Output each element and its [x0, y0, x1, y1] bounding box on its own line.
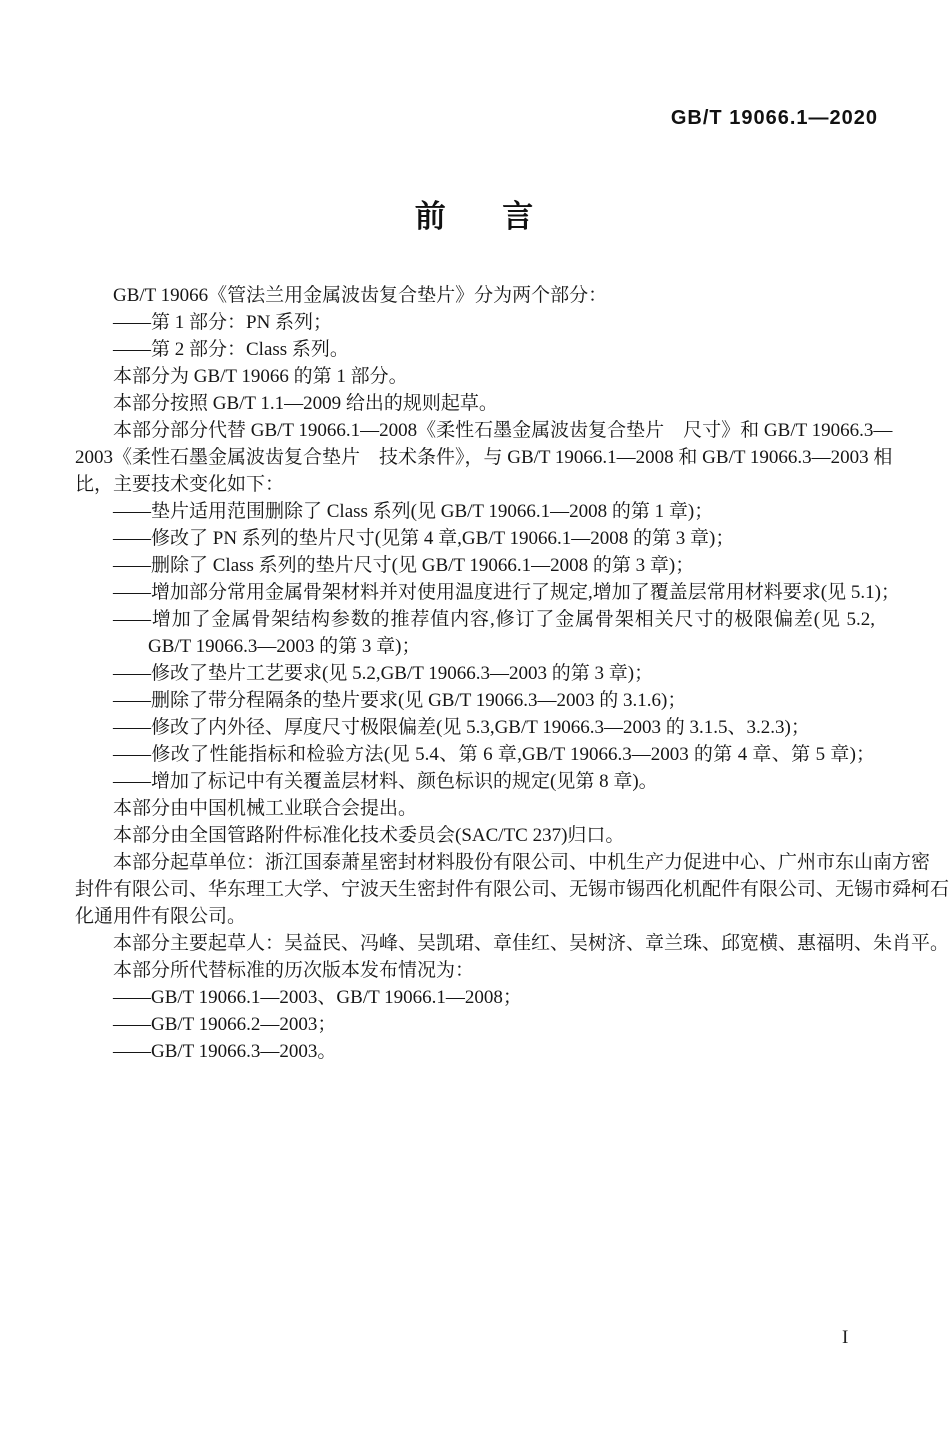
- document-page: GB/T 19066.1—2020 前 言 GB/T 19066《管法兰用金属波…: [0, 0, 950, 1454]
- foreword-line: ——垫片适用范围删除了 Class 系列(见 GB/T 19066.1—2008…: [75, 498, 875, 525]
- foreword-line: 本部分按照 GB/T 1.1—2009 给出的规则起草。: [75, 390, 875, 417]
- foreword-body: GB/T 19066《管法兰用金属波齿复合垫片》分为两个部分： ——第 1 部分…: [75, 282, 875, 1065]
- foreword-line: 本部分主要起草人：吴益民、冯峰、吴凯珺、章佳红、吴树济、章兰珠、邱宽横、惠福明、…: [75, 930, 875, 957]
- foreword-line: 本部分所代替标准的历次版本发布情况为：: [75, 957, 875, 984]
- foreword-line: ——修改了内外径、厚度尺寸极限偏差(见 5.3,GB/T 19066.3—200…: [75, 714, 875, 741]
- foreword-line: 本部分为 GB/T 19066 的第 1 部分。: [75, 363, 875, 390]
- foreword-line: ——删除了 Class 系列的垫片尺寸(见 GB/T 19066.1—2008 …: [75, 552, 875, 579]
- foreword-line: ——修改了 PN 系列的垫片尺寸(见第 4 章,GB/T 19066.1—200…: [75, 525, 875, 552]
- foreword-line: ——第 1 部分：PN 系列；: [75, 309, 875, 336]
- foreword-line: ——删除了带分程隔条的垫片要求(见 GB/T 19066.3—2003 的 3.…: [75, 687, 875, 714]
- foreword-line: 本部分部分代替 GB/T 19066.1—2008《柔性石墨金属波齿复合垫片 尺…: [75, 417, 875, 444]
- foreword-line: 本部分起草单位：浙江国泰萧星密封材料股份有限公司、中机生产力促进中心、广州市东山…: [75, 849, 875, 876]
- foreword-line: ——增加了金属骨架结构参数的推荐值内容,修订了金属骨架相关尺寸的极限偏差(见 5…: [75, 606, 875, 633]
- foreword-line: ——修改了垫片工艺要求(见 5.2,GB/T 19066.3—2003 的第 3…: [75, 660, 875, 687]
- foreword-line: ——增加部分常用金属骨架材料并对使用温度进行了规定,增加了覆盖层常用材料要求(见…: [75, 579, 875, 606]
- standard-number: GB/T 19066.1—2020: [671, 107, 878, 130]
- page-title: 前 言: [0, 191, 950, 236]
- foreword-line: ——GB/T 19066.3—2003。: [75, 1038, 875, 1065]
- foreword-line: 2003《柔性石墨金属波齿复合垫片 技术条件》，与 GB/T 19066.1—2…: [75, 444, 875, 471]
- foreword-line: 封件有限公司、华东理工大学、宁波天生密封件有限公司、无锡市锡西化机配件有限公司、…: [75, 876, 875, 903]
- foreword-line: 比，主要技术变化如下：: [75, 471, 875, 498]
- foreword-line: GB/T 19066《管法兰用金属波齿复合垫片》分为两个部分：: [75, 282, 875, 309]
- foreword-line: 本部分由全国管路附件标准化技术委员会(SAC/TC 237)归口。: [75, 822, 875, 849]
- foreword-line: ——增加了标记中有关覆盖层材料、颜色标识的规定(见第 8 章)。: [75, 768, 875, 795]
- foreword-line: ——GB/T 19066.1—2003、GB/T 19066.1—2008；: [75, 984, 875, 1011]
- foreword-line: ——GB/T 19066.2—2003；: [75, 1011, 875, 1038]
- page-number: I: [842, 1327, 848, 1349]
- foreword-line: ——第 2 部分：Class 系列。: [75, 336, 875, 363]
- foreword-line: GB/T 19066.3—2003 的第 3 章)；: [75, 633, 875, 660]
- foreword-line: 本部分由中国机械工业联合会提出。: [75, 795, 875, 822]
- foreword-line: 化通用件有限公司。: [75, 903, 875, 930]
- foreword-line: ——修改了性能指标和检验方法(见 5.4、第 6 章,GB/T 19066.3—…: [75, 741, 875, 768]
